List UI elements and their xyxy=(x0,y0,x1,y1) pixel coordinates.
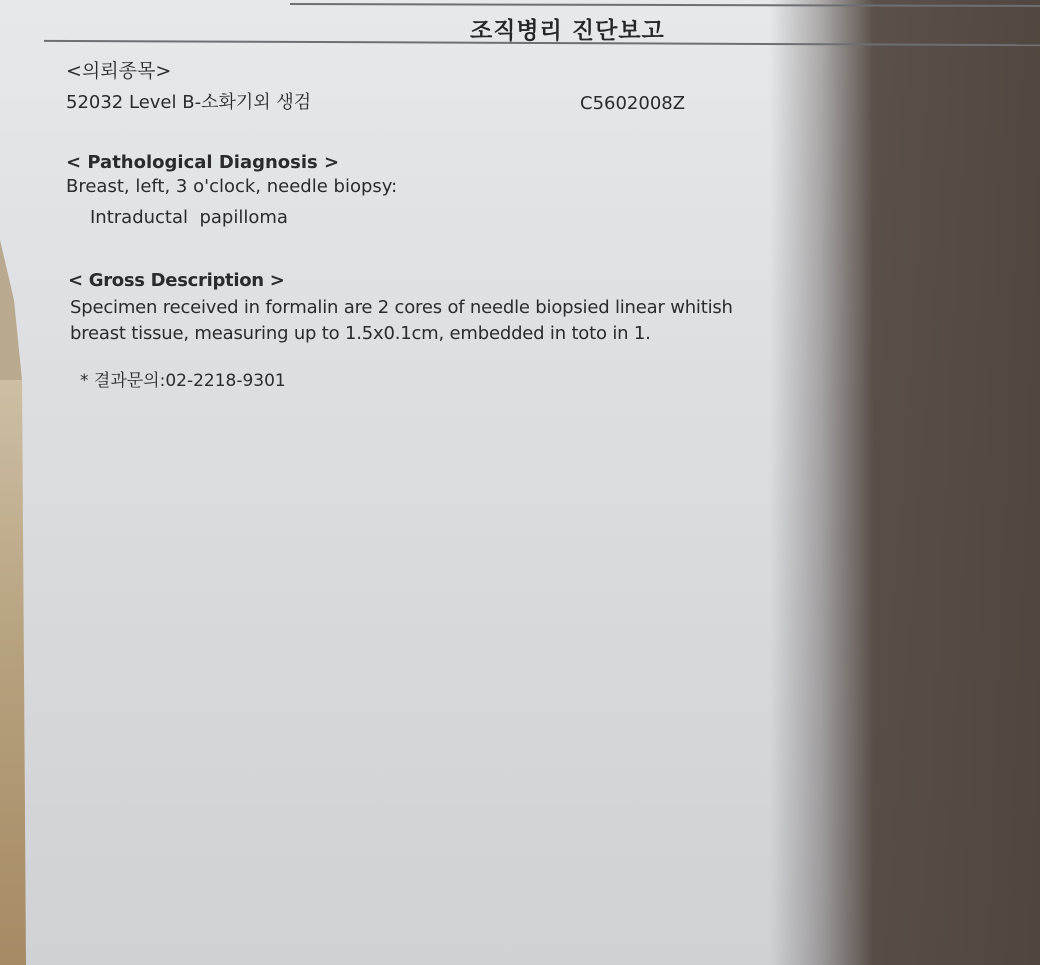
report-id: C5602008Z xyxy=(580,93,685,114)
gross-description-heading: < Gross Description > xyxy=(68,270,285,291)
gross-description-line-2: breast tissue, measuring up to 1.5x0.1cm… xyxy=(70,323,651,344)
top-divider xyxy=(290,3,1040,7)
pathological-diagnosis-heading: < Pathological Diagnosis > xyxy=(66,152,339,173)
report-paper: 조직병리 진단보고 <의뢰종목> 52032 Level B-소화기외 생검 C… xyxy=(0,0,1040,965)
requested-item-label: <의뢰종목> xyxy=(66,56,171,83)
gross-description-line-1: Specimen received in formalin are 2 core… xyxy=(70,297,733,318)
diagnosis-site: Breast, left, 3 o'clock, needle biopsy: xyxy=(66,176,397,197)
requested-item-code: 52032 Level B-소화기외 생검 xyxy=(66,88,311,114)
report-title: 조직병리 진단보고 xyxy=(470,12,665,45)
desk-surface xyxy=(0,380,26,965)
diagnosis-result: Intraductal papilloma xyxy=(90,207,288,228)
result-inquiry-phone: * 결과문의:02-2218-9301 xyxy=(80,366,286,391)
